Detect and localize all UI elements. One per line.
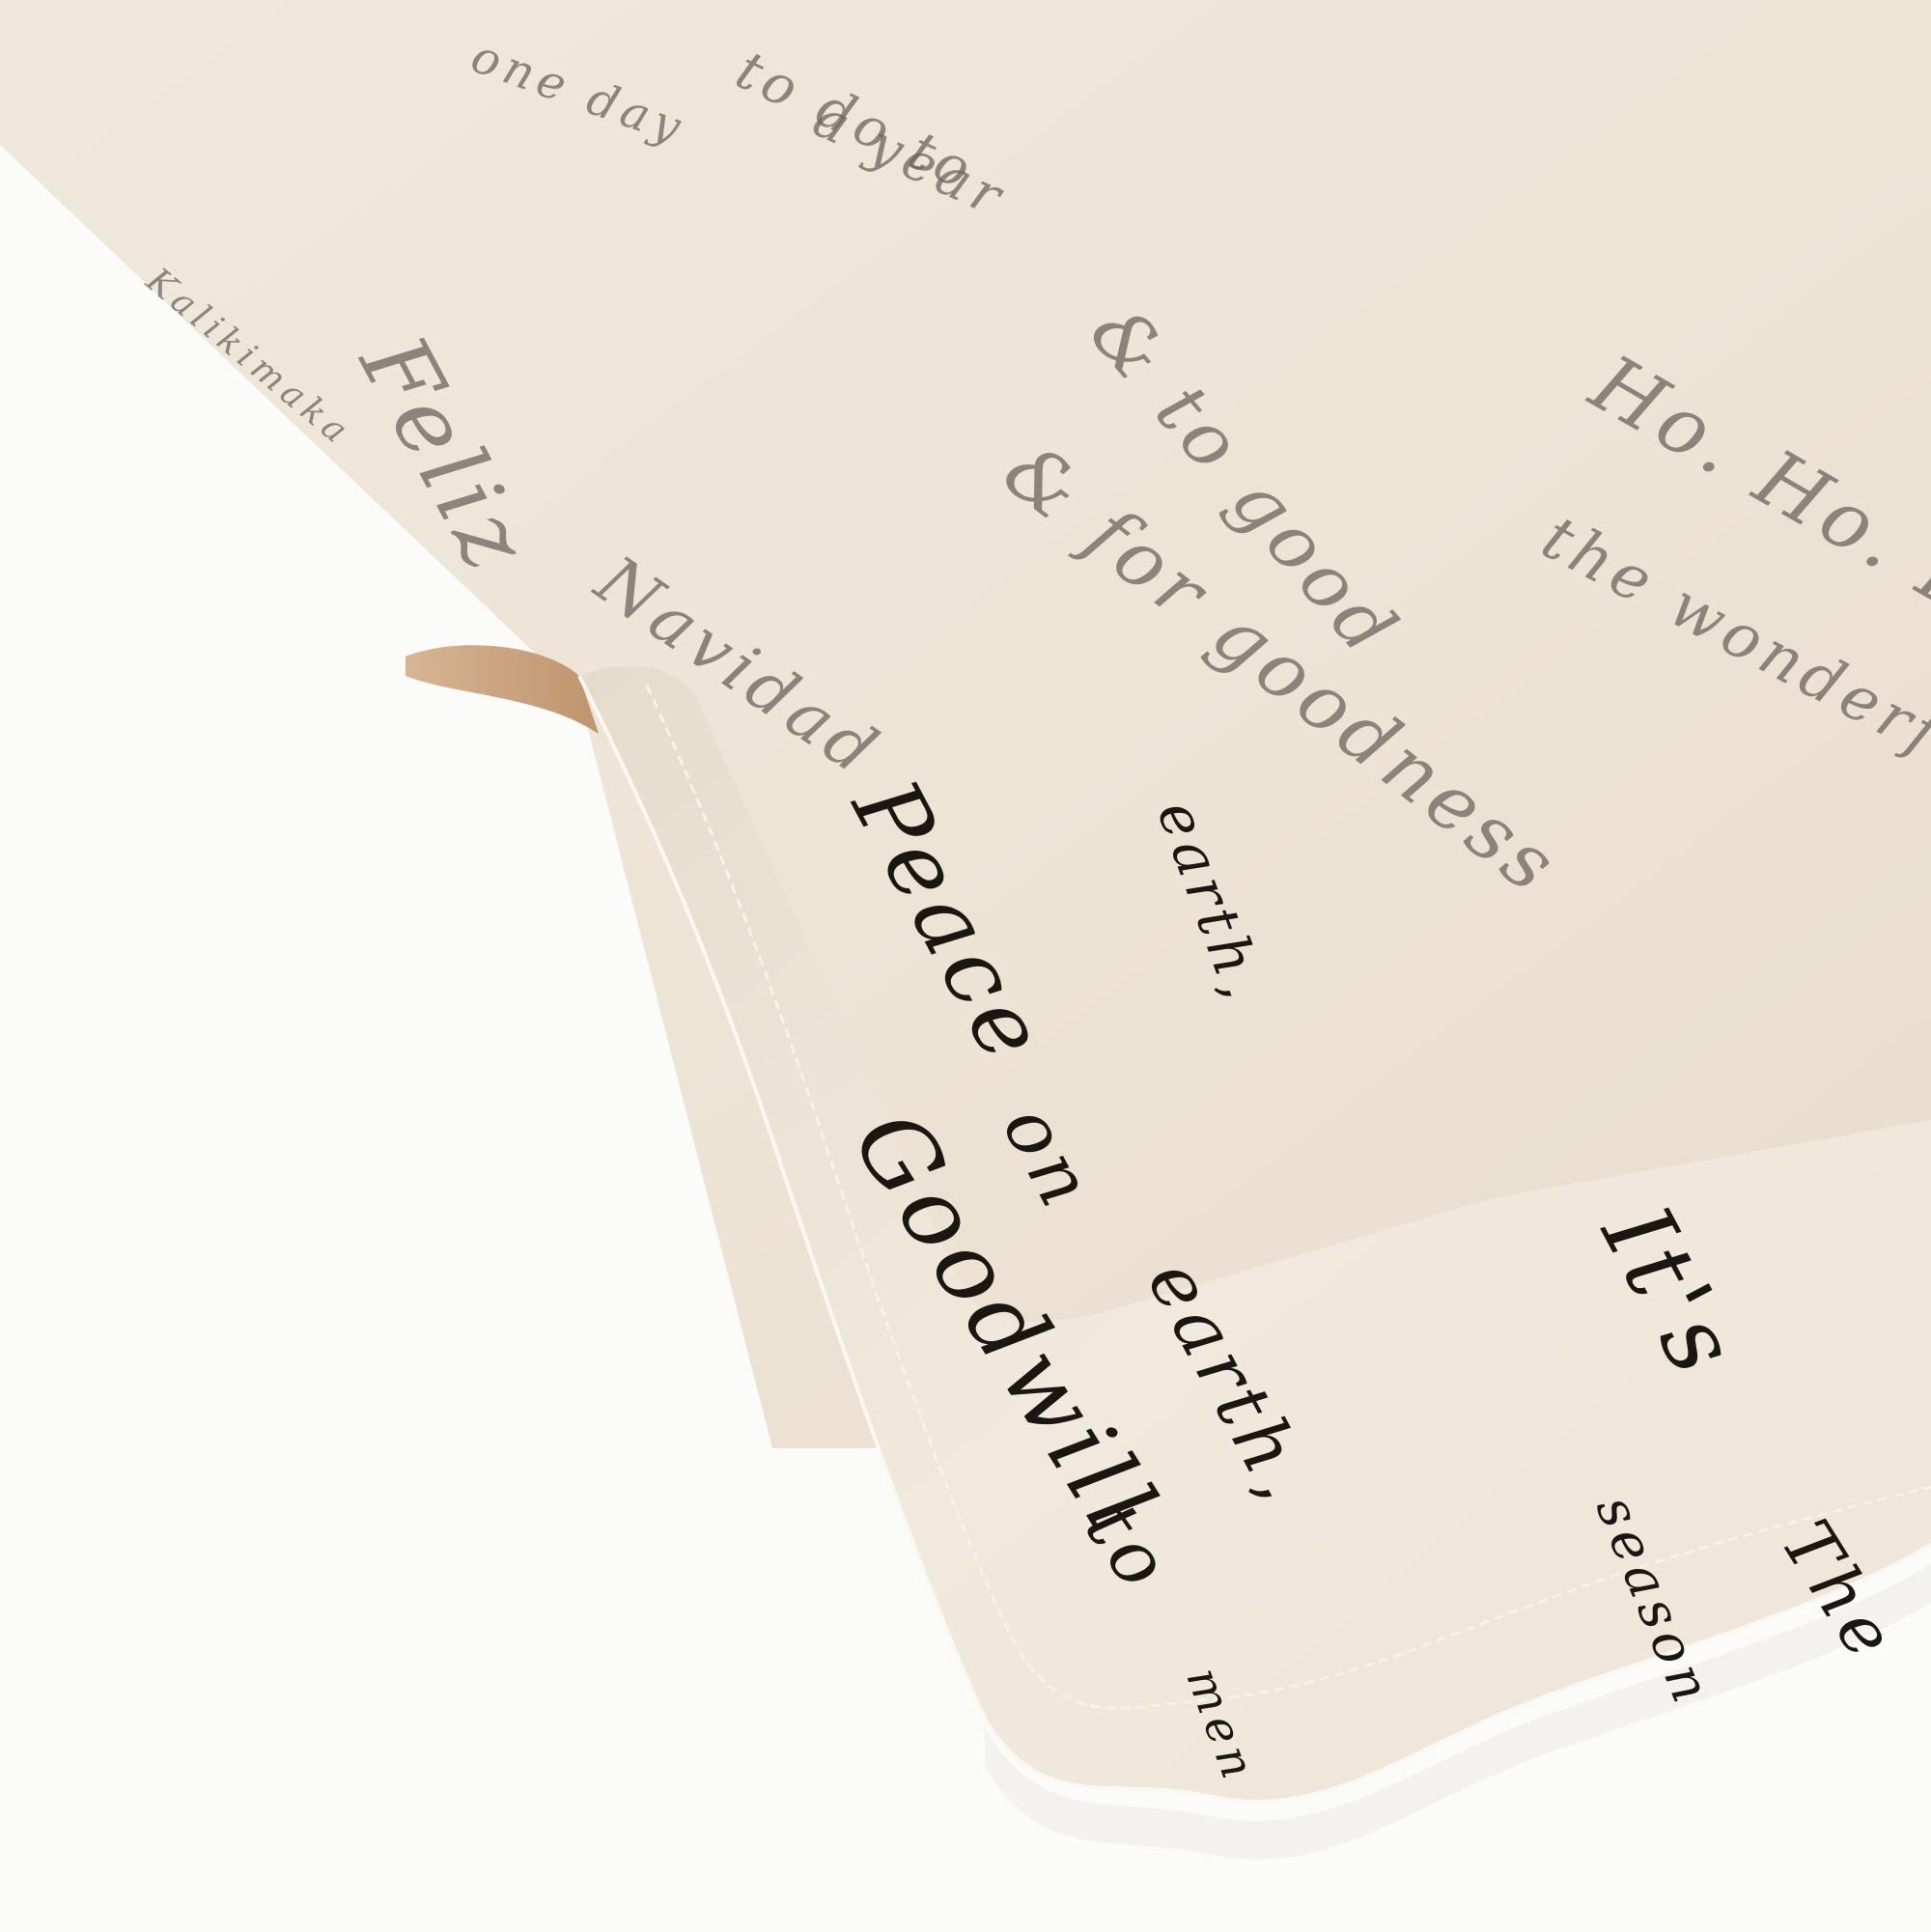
photo-scene: one day to do to a year Feliz Navidad Ka… <box>0 0 1931 1932</box>
